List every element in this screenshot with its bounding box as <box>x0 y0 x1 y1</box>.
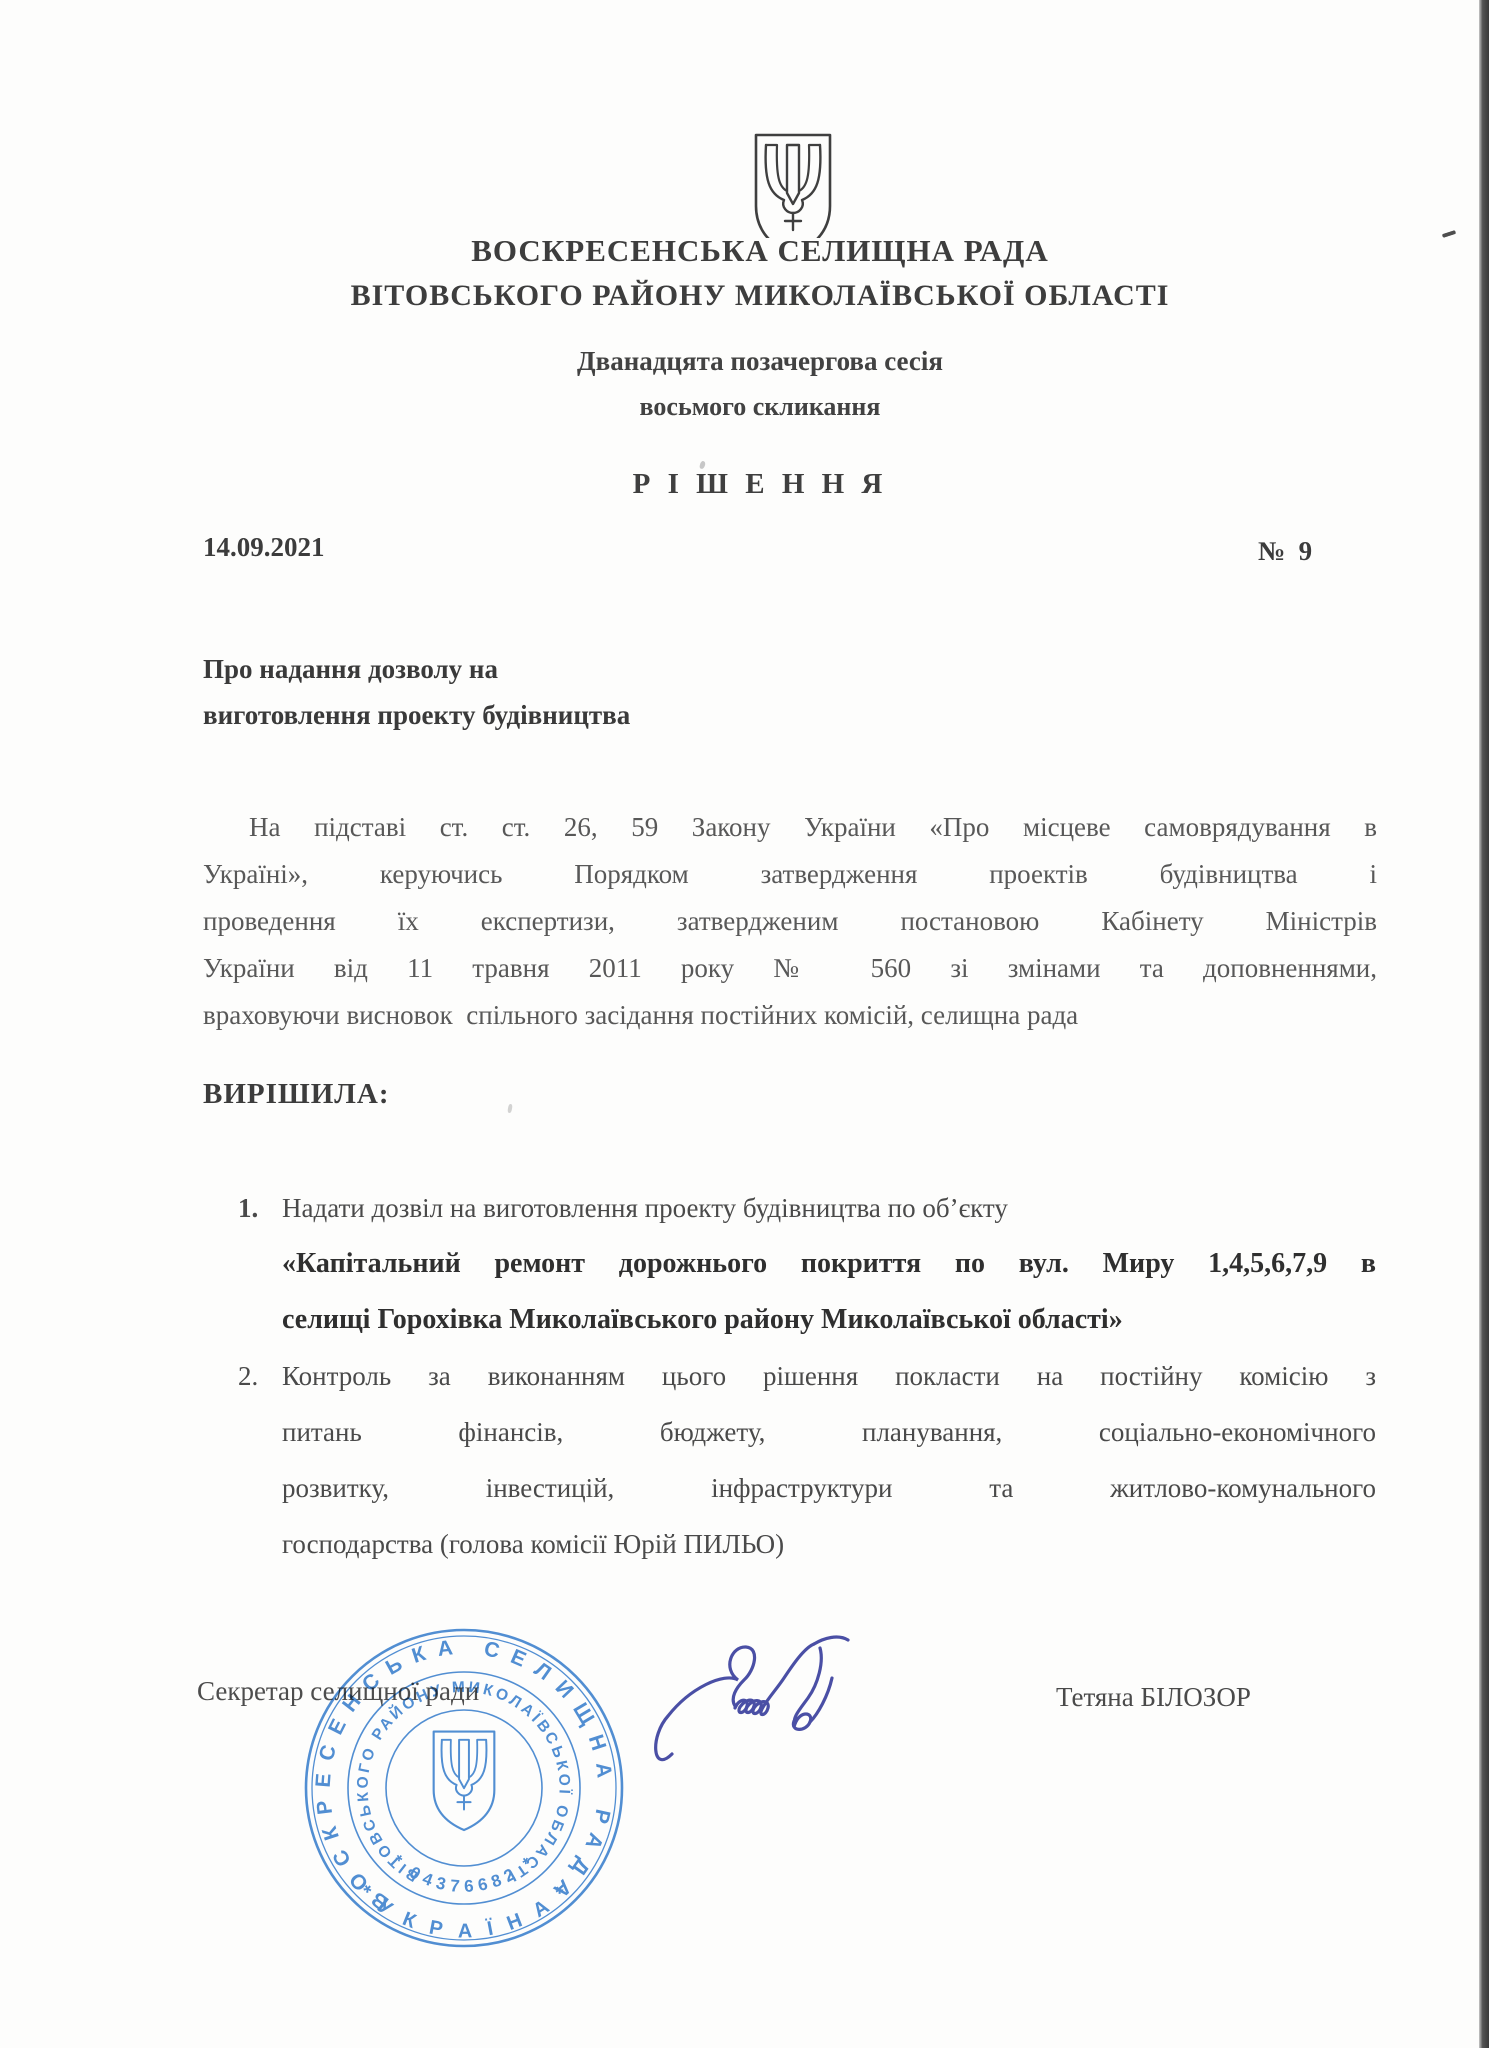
ukraine-trident-emblem-icon <box>748 130 838 238</box>
item2-line4: господарства (голова комісії Юрій ПИЛЬО) <box>282 1516 1376 1572</box>
document-type-title: Р І Ш Е Н Н Я <box>150 468 1370 501</box>
document-number: № 9 <box>1258 536 1312 567</box>
seal-outer-bottom-text: * У К Р А Ї Н А * <box>354 1881 574 1943</box>
org-name-line2: ВІТОВСЬКОГО РАЙОНУ МИКОЛАЇВСЬКОЇ ОБЛАСТІ <box>150 279 1370 313</box>
svg-text:* 04376682 *: * 04376682 * <box>388 1851 538 1896</box>
org-name-line1: ВОСКРЕСЕНСЬКА СЕЛИЩНА РАДА <box>150 233 1370 269</box>
session-line2: восьмого скликання <box>150 392 1370 422</box>
subject-block: Про надання дозволу на виготовлення прое… <box>203 646 630 738</box>
seal-registry-number: * 04376682 * <box>388 1851 538 1896</box>
document-date: 14.09.2021 <box>203 532 325 563</box>
preamble-line: України від 11 травня 2011 року № 560 зі… <box>203 945 1377 992</box>
scan-edge-strip <box>1479 0 1489 2048</box>
scan-artifact-mark <box>1442 230 1457 238</box>
subject-line1: Про надання дозволу на <box>203 646 630 692</box>
list-marker-1: 1. <box>238 1180 278 1236</box>
preamble-line: враховуючи висновок спільного засідання … <box>203 992 1377 1039</box>
session-line1: Дванадцята позачергова сесія <box>150 346 1370 377</box>
handwritten-signature <box>652 1626 892 1796</box>
svg-text:* У К Р А Ї Н А *: * У К Р А Ї Н А * <box>354 1881 574 1943</box>
seal-trident-icon <box>434 1732 495 1830</box>
preamble-line: На підставі ст. ст. 26, 59 Закону Україн… <box>203 804 1377 851</box>
item2-line1: Контроль за виконанням цього рішення пок… <box>282 1348 1376 1404</box>
decision-item-1: Надати дозвіл на виготовлення проекту бу… <box>282 1180 1376 1348</box>
signer-name: Тетяна БІЛОЗОР <box>1056 1682 1251 1713</box>
document-page: ВОСКРЕСЕНСЬКА СЕЛИЩНА РАДА ВІТОВСЬКОГО Р… <box>0 0 1489 2048</box>
scan-artifact-dot <box>507 1104 513 1114</box>
subject-line2: виготовлення проекту будівництва <box>203 692 630 738</box>
item1-line2: «Капітальний ремонт дорожнього покриття … <box>282 1236 1376 1292</box>
item2-line2: питань фінансів, бюджету, планування, со… <box>282 1404 1376 1460</box>
resolved-heading: ВИРІШИЛА: <box>203 1078 390 1111</box>
list-marker-2: 2. <box>238 1348 278 1404</box>
item1-line1: Надати дозвіл на виготовлення проекту бу… <box>282 1180 1376 1236</box>
item2-line3: розвитку, інвестицій, інфраструктури та … <box>282 1460 1376 1516</box>
item1-line3: селищі Горохівка Миколаївського району М… <box>282 1292 1376 1348</box>
decision-item-2: Контроль за виконанням цього рішення пок… <box>282 1348 1376 1572</box>
preamble-line: проведення їх експертизи, затвердженим п… <box>203 898 1377 945</box>
preamble-paragraph: На підставі ст. ст. 26, 59 Закону Україн… <box>203 804 1377 1039</box>
official-round-seal: ВОСКРЕСЕНСЬКА СЕЛИЩНА РАДА * У К Р А Ї Н… <box>296 1620 632 1956</box>
preamble-line: Україні», керуючись Порядком затвердженн… <box>203 851 1377 898</box>
